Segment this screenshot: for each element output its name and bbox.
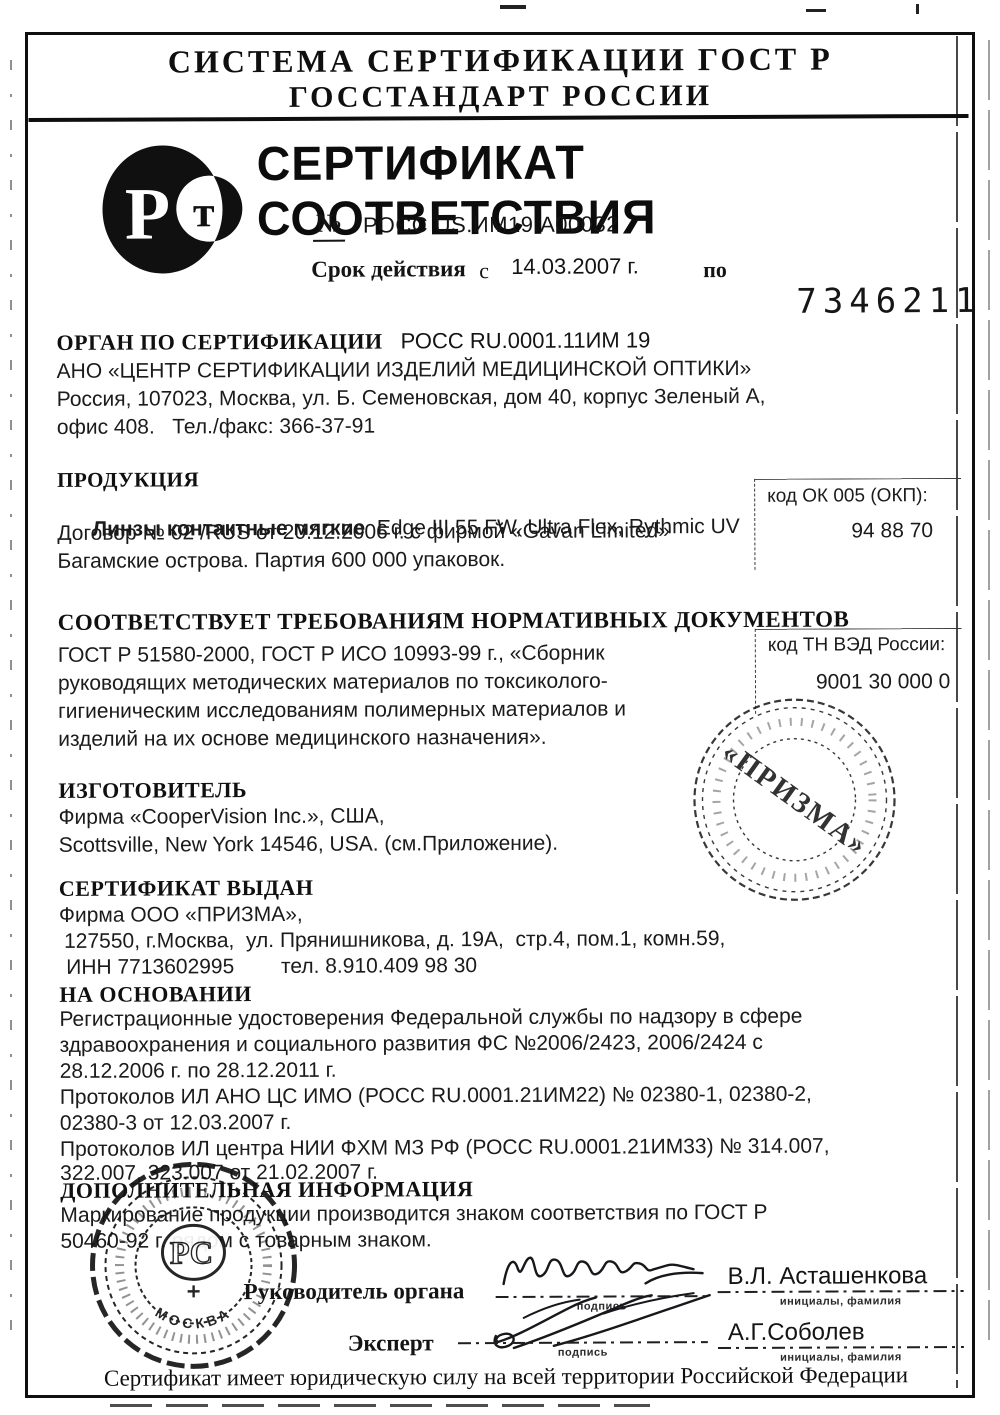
serial-number: 7346211 <box>796 281 981 322</box>
manufacturer-line: Фирма «CooperVision Inc.», США, <box>59 805 385 830</box>
certificate-page: СИСТЕМА СЕРТИФИКАЦИИ ГОСТ Р ГОССТАНДАРТ … <box>0 0 1000 1415</box>
basis-line: Протоколов ИЛ центра НИИ ФХМ МЗ РФ (РОСС… <box>60 1135 830 1162</box>
issued-line: ИНН 7713602995 тел. 8.910.409 98 30 <box>66 954 477 980</box>
rst-stamp-icon: РС МОСКВА <box>87 1159 300 1372</box>
basis-line: Протоколов ИЛ АНО ЦС ИМО (РОСС RU.0001.2… <box>60 1083 812 1110</box>
rst-logo: Р т <box>93 139 244 285</box>
rst-stamp-city: МОСКВА <box>153 1304 235 1332</box>
org-heading: ОРГАН ПО СЕРТИФИКАЦИИ <box>56 329 382 355</box>
product-line: Договор № 02 /RUS от 20.12.2006 г. с фир… <box>57 519 670 546</box>
head-name: В.Л. Асташенкова <box>728 1262 928 1291</box>
product-heading: ПРОДУКЦИЯ <box>57 467 199 493</box>
prizma-stamp-text: «ПРИЗМА» <box>716 736 874 862</box>
issued-heading: СЕРТИФИКАТ ВЫДАН <box>59 875 314 902</box>
number-value: РОСС US.ИМ19.А00032 <box>363 211 619 238</box>
rst-stamp-letters: РС <box>170 1234 213 1270</box>
svg-text:МОСКВА: МОСКВА <box>153 1304 235 1332</box>
expert-name: А.Г.Соболев <box>728 1318 865 1347</box>
scan-artifact <box>806 9 826 12</box>
scan-artifact-left-margin <box>10 60 12 1340</box>
validity-from-value: 14.03.2007 г. <box>511 253 639 280</box>
rst-stamp: РС МОСКВА <box>87 1159 300 1377</box>
okp-label: код ОК 005 (ОКП): <box>755 479 961 508</box>
org-code: РОСС RU.0001.11ИМ 19 <box>401 327 651 353</box>
prizma-stamp-icon: «ПРИЗМА» <box>688 693 901 906</box>
org-section: ОРГАН ПО СЕРТИФИКАЦИИ РОСС RU.0001.11ИМ … <box>56 327 650 356</box>
header-line1: СИСТЕМА СЕРТИФИКАЦИИ ГОСТ Р <box>30 40 970 81</box>
basis-line: здравоохранения и социального развития Ф… <box>60 1031 763 1058</box>
expert-sign-caption: подпись <box>458 1346 708 1359</box>
prizma-stamp: «ПРИЗМА» <box>688 693 901 911</box>
expert-role-label: Эксперт <box>348 1330 434 1356</box>
manufacturer-heading: ИЗГОТОВИТЕЛЬ <box>58 777 247 804</box>
compliance-heading: СООТВЕТСТВУЕТ ТРЕБОВАНИЯМ НОРМАТИВНЫХ ДО… <box>58 606 850 635</box>
basis-line: Регистрационные удостоверения Федерально… <box>59 1005 802 1032</box>
rst-logo-icon: Р т <box>93 139 244 280</box>
basis-heading: НА ОСНОВАНИИ <box>59 981 252 1008</box>
org-line: АНО «ЦЕНТР СЕРТИФИКАЦИИ ИЗДЕЛИЙ МЕДИЦИНС… <box>57 357 752 384</box>
validity-to-label: по <box>703 257 727 283</box>
product-line: Багамские острова. Партия 600 000 упаков… <box>57 548 505 574</box>
number-label: № <box>313 209 345 242</box>
scan-artifact <box>500 5 526 9</box>
tnved-label: код ТН ВЭД России: <box>756 629 962 657</box>
scan-artifact-right-margin <box>988 40 990 1340</box>
okp-value: 94 88 70 <box>755 507 961 544</box>
compliance-line: руководящих методических материалов по т… <box>58 670 608 696</box>
issued-line: 127550, г.Москва, ул. Прянишникова, д. 1… <box>64 927 725 954</box>
okp-code-box: код ОК 005 (ОКП): 94 88 70 <box>754 478 961 570</box>
head-name-caption: инициалы, фамилия <box>718 1295 964 1308</box>
rst-logo-letter-t: т <box>193 187 215 236</box>
basis-line: 28.12.2006 г. по 28.12.2011 г. <box>60 1059 337 1084</box>
header-line2: ГОССТАНДАРТ РОССИИ <box>30 78 970 116</box>
rst-logo-letter-p: Р <box>125 173 171 255</box>
org-line: офис 408. Тел./факс: 366-37-91 <box>57 415 375 440</box>
org-line: Россия, 107023, Москва, ул. Б. Семеновск… <box>57 385 766 412</box>
basis-line: 02380-3 от 12.03.2007 г. <box>60 1111 292 1136</box>
expert-signature-icon <box>484 1283 739 1356</box>
tnved-value: 9001 30 000 0 <box>756 656 962 695</box>
manufacturer-line: Scottsville, New York 14546, USA. (см.Пр… <box>59 832 559 858</box>
issued-line: Фирма ООО «ПРИЗМА», <box>59 903 303 928</box>
scan-artifact <box>916 4 919 14</box>
scan-artifact-bottom <box>110 1404 650 1407</box>
compliance-line: ГОСТ Р 51580-2000, ГОСТ Р ИСО 10993-99 г… <box>58 642 605 668</box>
validity-from-label: с <box>479 258 489 284</box>
validity-label: Срок действия <box>311 256 466 283</box>
compliance-line: гигиеническим исследованиям полимерных м… <box>58 697 626 723</box>
compliance-line: изделий на их основе медицинского назнач… <box>58 726 546 752</box>
